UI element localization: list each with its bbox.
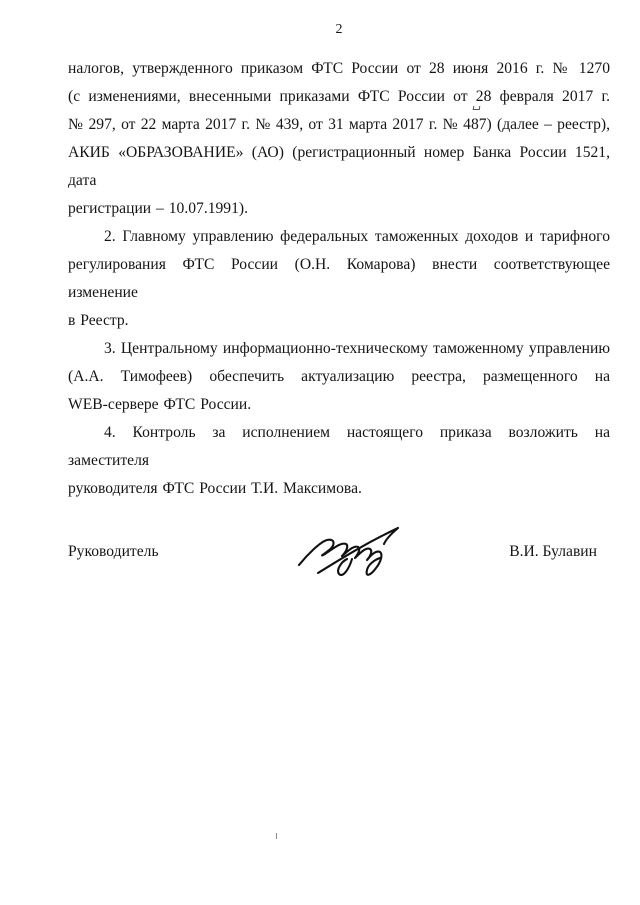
text-line: WEB-сервере ФТС России. xyxy=(68,391,610,419)
handwritten-signature-icon xyxy=(294,516,406,582)
page-number: 2 xyxy=(68,0,610,38)
signer-role-label: Руководитель xyxy=(68,542,159,562)
signer-name: В.И. Булавин xyxy=(509,542,597,562)
signature-block: Руководитель В.И. Булавин xyxy=(68,542,610,562)
text-line: (А.А. Тимофеев) обеспечить актуализацию … xyxy=(68,363,610,391)
text-line: № 297, от 22 марта 2017 г. № 439, от 31 … xyxy=(68,111,610,139)
paragraph-item-4: 4. Контроль за исполнением настоящего пр… xyxy=(68,419,610,503)
scan-artifact-mark xyxy=(473,106,481,110)
text-line: АКИБ «ОБРАЗОВАНИЕ» (АО) (регистрационный… xyxy=(68,139,610,195)
text-line: в Реестр. xyxy=(68,307,610,335)
text-line: 2. Главному управлению федеральных тамож… xyxy=(68,223,610,251)
document-page: 2 налогов, утвержденного приказом ФТС Ро… xyxy=(0,0,640,905)
paragraph-item-2: 2. Главному управлению федеральных тамож… xyxy=(68,223,610,335)
scan-artifact-mark xyxy=(276,833,277,839)
paragraph-continuation: налогов, утвержденного приказом ФТС Росс… xyxy=(68,55,610,223)
page-content: 2 налогов, утвержденного приказом ФТС Ро… xyxy=(68,0,610,562)
text-line: 4. Контроль за исполнением настоящего пр… xyxy=(68,419,610,475)
text-line: руководителя ФТС России Т.И. Максимова. xyxy=(68,475,610,503)
text-line: регулирования ФТС России (О.Н. Комарова)… xyxy=(68,251,610,307)
text-line: (с изменениями, внесенными приказами ФТС… xyxy=(68,83,610,111)
text-line: 3. Центральному информационно-техническо… xyxy=(68,335,610,363)
text-line: налогов, утвержденного приказом ФТС Росс… xyxy=(68,55,610,83)
text-line: регистрации – 10.07.1991). xyxy=(68,195,610,223)
paragraph-item-3: 3. Центральному информационно-техническо… xyxy=(68,335,610,419)
